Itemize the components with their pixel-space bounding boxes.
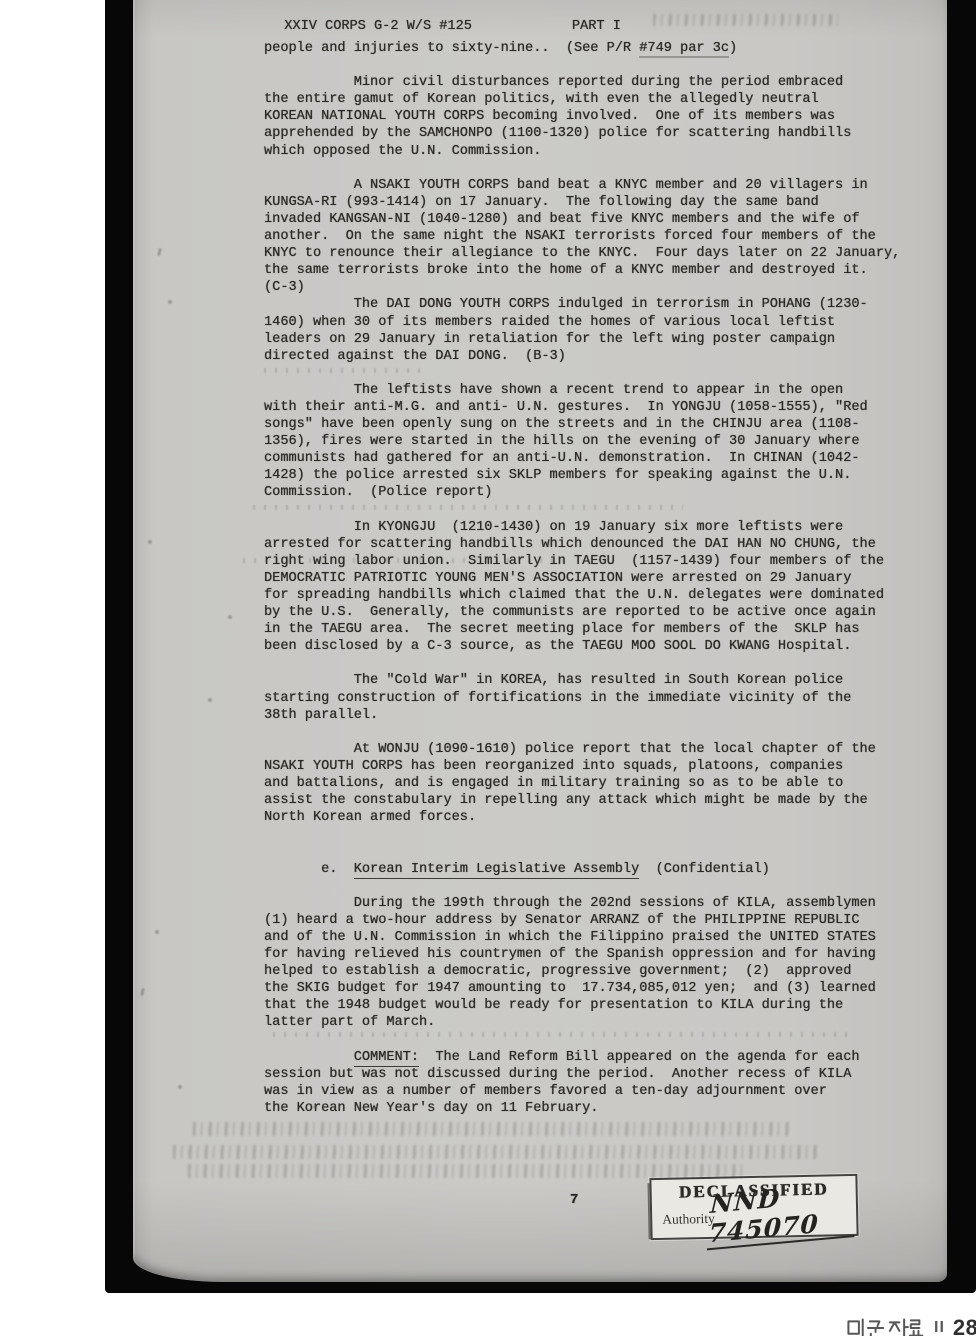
document-text: people and injuries to sixty-nine.. (See…	[264, 40, 924, 1117]
text-line	[264, 160, 924, 177]
scan-photo-background: XXIV CORPS G-2 W/S #125PART I people and…	[105, 0, 976, 1293]
text-line: in the TAEGU area. The secret meeting pl…	[264, 621, 924, 638]
text-line: the SKIG budget for 1947 amounting to 17…	[264, 980, 924, 997]
text-line: 38th parallel.	[264, 707, 924, 724]
ink-speck	[157, 248, 162, 256]
text-line: Minor civil disturbances reported during…	[264, 74, 924, 91]
text-line: e. Korean Interim Legislative Assembly (…	[264, 861, 924, 878]
text-line: The leftists have shown a recent trend t…	[264, 382, 924, 399]
ink-speck	[155, 930, 159, 934]
text-line: NSAKI YOUTH CORPS has been reorganized i…	[264, 758, 924, 775]
text-line: helped to establish a democratic, progre…	[264, 963, 924, 980]
pencil-dots	[273, 1032, 853, 1037]
stamp-authority-number: NND 745070	[707, 1176, 857, 1250]
header-smudge	[653, 14, 838, 26]
text-line: 1428) the police arrested six SKLP membe…	[264, 467, 924, 484]
declassified-stamp: DECLASSIFIED Authority NND 745070	[649, 1174, 858, 1240]
text-line: At WONJU (1090-1610) police report that …	[264, 741, 924, 758]
ink-speck	[148, 540, 152, 544]
text-line	[264, 878, 924, 895]
text-line: (C-3)	[264, 279, 924, 296]
text-line: 1356), fires were started in the hills o…	[264, 433, 924, 450]
text-line: and battalions, and is engaged in milita…	[264, 775, 924, 792]
text-line: directed against the DAI DONG. (B-3)	[264, 348, 924, 365]
pencil-dots	[253, 505, 683, 510]
text-line: (1) heard a two-hour address by Senator …	[264, 912, 924, 929]
text-line: people and injuries to sixty-nine.. (See…	[264, 40, 924, 57]
book-page: XXIV CORPS G-2 W/S #125PART I people and…	[0, 0, 976, 1336]
text-line: another. On the same night the NSAKI ter…	[264, 228, 924, 245]
text-line: invaded KANGSAN-NI (1040-1280) and beat …	[264, 211, 924, 228]
ink-speck	[228, 615, 232, 619]
text-line: North Korean armed forces.	[264, 809, 924, 826]
text-line: assist the constabulary in repelling any…	[264, 792, 924, 809]
text-line: The "Cold War" in KOREA, has resulted in…	[264, 672, 924, 689]
text-line: apprehended by the SAMCHONPO (1100-1320)…	[264, 125, 924, 142]
header-part-label: PART I	[572, 19, 621, 34]
text-line: for spreading handbills which claimed th…	[264, 587, 924, 604]
ink-speck	[208, 698, 212, 702]
text-line: In KYONGJU (1210-1430) on 19 January six…	[264, 519, 924, 536]
header-doc-id: XXIV CORPS G-2 W/S #125	[284, 19, 472, 34]
text-line	[264, 826, 924, 843]
document-page: XXIV CORPS G-2 W/S #125PART I people and…	[133, 0, 947, 1282]
pencil-dots	[264, 368, 424, 373]
ink-speck	[140, 988, 145, 996]
bleedthrough-smudge	[173, 1145, 818, 1159]
text-line: the entire gamut of Korean politics, wit…	[264, 91, 924, 108]
bleedthrough-smudge	[193, 1122, 793, 1136]
korean-caption-text	[847, 1317, 927, 1336]
text-line	[264, 843, 924, 860]
text-line: Commission. (Police report)	[264, 484, 924, 501]
text-line: and of the U.N. Commission in which the …	[264, 929, 924, 946]
text-line: DEMOCRATIC PATRIOTIC YOUNG MEN'S ASSOCIA…	[264, 570, 924, 587]
text-line: COMMENT: The Land Reform Bill appeared o…	[264, 1049, 924, 1066]
text-line: latter part of March.	[264, 1014, 924, 1031]
text-line: KUNGSA-RI (993-1414) on 17 January. The …	[264, 194, 924, 211]
caption-page-number: 287	[953, 1315, 976, 1336]
text-line: which opposed the U.N. Commission.	[264, 143, 924, 160]
ink-speck	[178, 1085, 182, 1089]
pencil-dots	[243, 558, 563, 563]
text-line: the Korean New Year's day on 11 February…	[264, 1100, 924, 1117]
text-line: During the 199th through the 202nd sessi…	[264, 895, 924, 912]
text-line: 1460) when 30 of its members raided the …	[264, 314, 924, 331]
text-line: was in view as a number of members favor…	[264, 1083, 924, 1100]
bleedthrough-smudge	[188, 1164, 748, 1178]
text-line	[264, 655, 924, 672]
ink-speck	[313, 1105, 317, 1109]
caption-volume: II	[934, 1319, 945, 1336]
text-line: KNYC to renounce their allegiance to the…	[264, 245, 924, 262]
text-line: that the 1948 budget would be ready for …	[264, 997, 924, 1014]
text-line: been disclosed by a C-3 source, as the T…	[264, 638, 924, 655]
text-line: A NSAKI YOUTH CORPS band beat a KNYC mem…	[264, 177, 924, 194]
text-line: songs" have been openly sung on the stre…	[264, 416, 924, 433]
text-line: arrested for scattering handbills which …	[264, 536, 924, 553]
text-line: KOREAN NATIONAL YOUTH CORPS becoming inv…	[264, 108, 924, 125]
text-line: the same terrorists broke into the home …	[264, 262, 924, 279]
text-line: The DAI DONG YOUTH CORPS indulged in ter…	[264, 296, 924, 313]
text-line: leaders on 29 January in retaliation for…	[264, 331, 924, 348]
text-line: starting construction of fortifications …	[264, 690, 924, 707]
text-line: with their anti-M.G. and anti- U.N. gest…	[264, 399, 924, 416]
text-line: session but was not discussed during the…	[264, 1066, 924, 1083]
text-line: by the U.S. Generally, the communists ar…	[264, 604, 924, 621]
page-number: 7	[570, 1192, 578, 1208]
book-caption: II 287	[847, 1317, 976, 1336]
ink-speck	[168, 300, 172, 304]
text-line: communists had gathered for an anti-U.N.…	[264, 450, 924, 467]
stamp-authority-label: Authority	[662, 1211, 715, 1228]
text-line	[264, 57, 924, 74]
text-line: for having relieved his countrymen of th…	[264, 946, 924, 963]
text-line	[264, 724, 924, 741]
